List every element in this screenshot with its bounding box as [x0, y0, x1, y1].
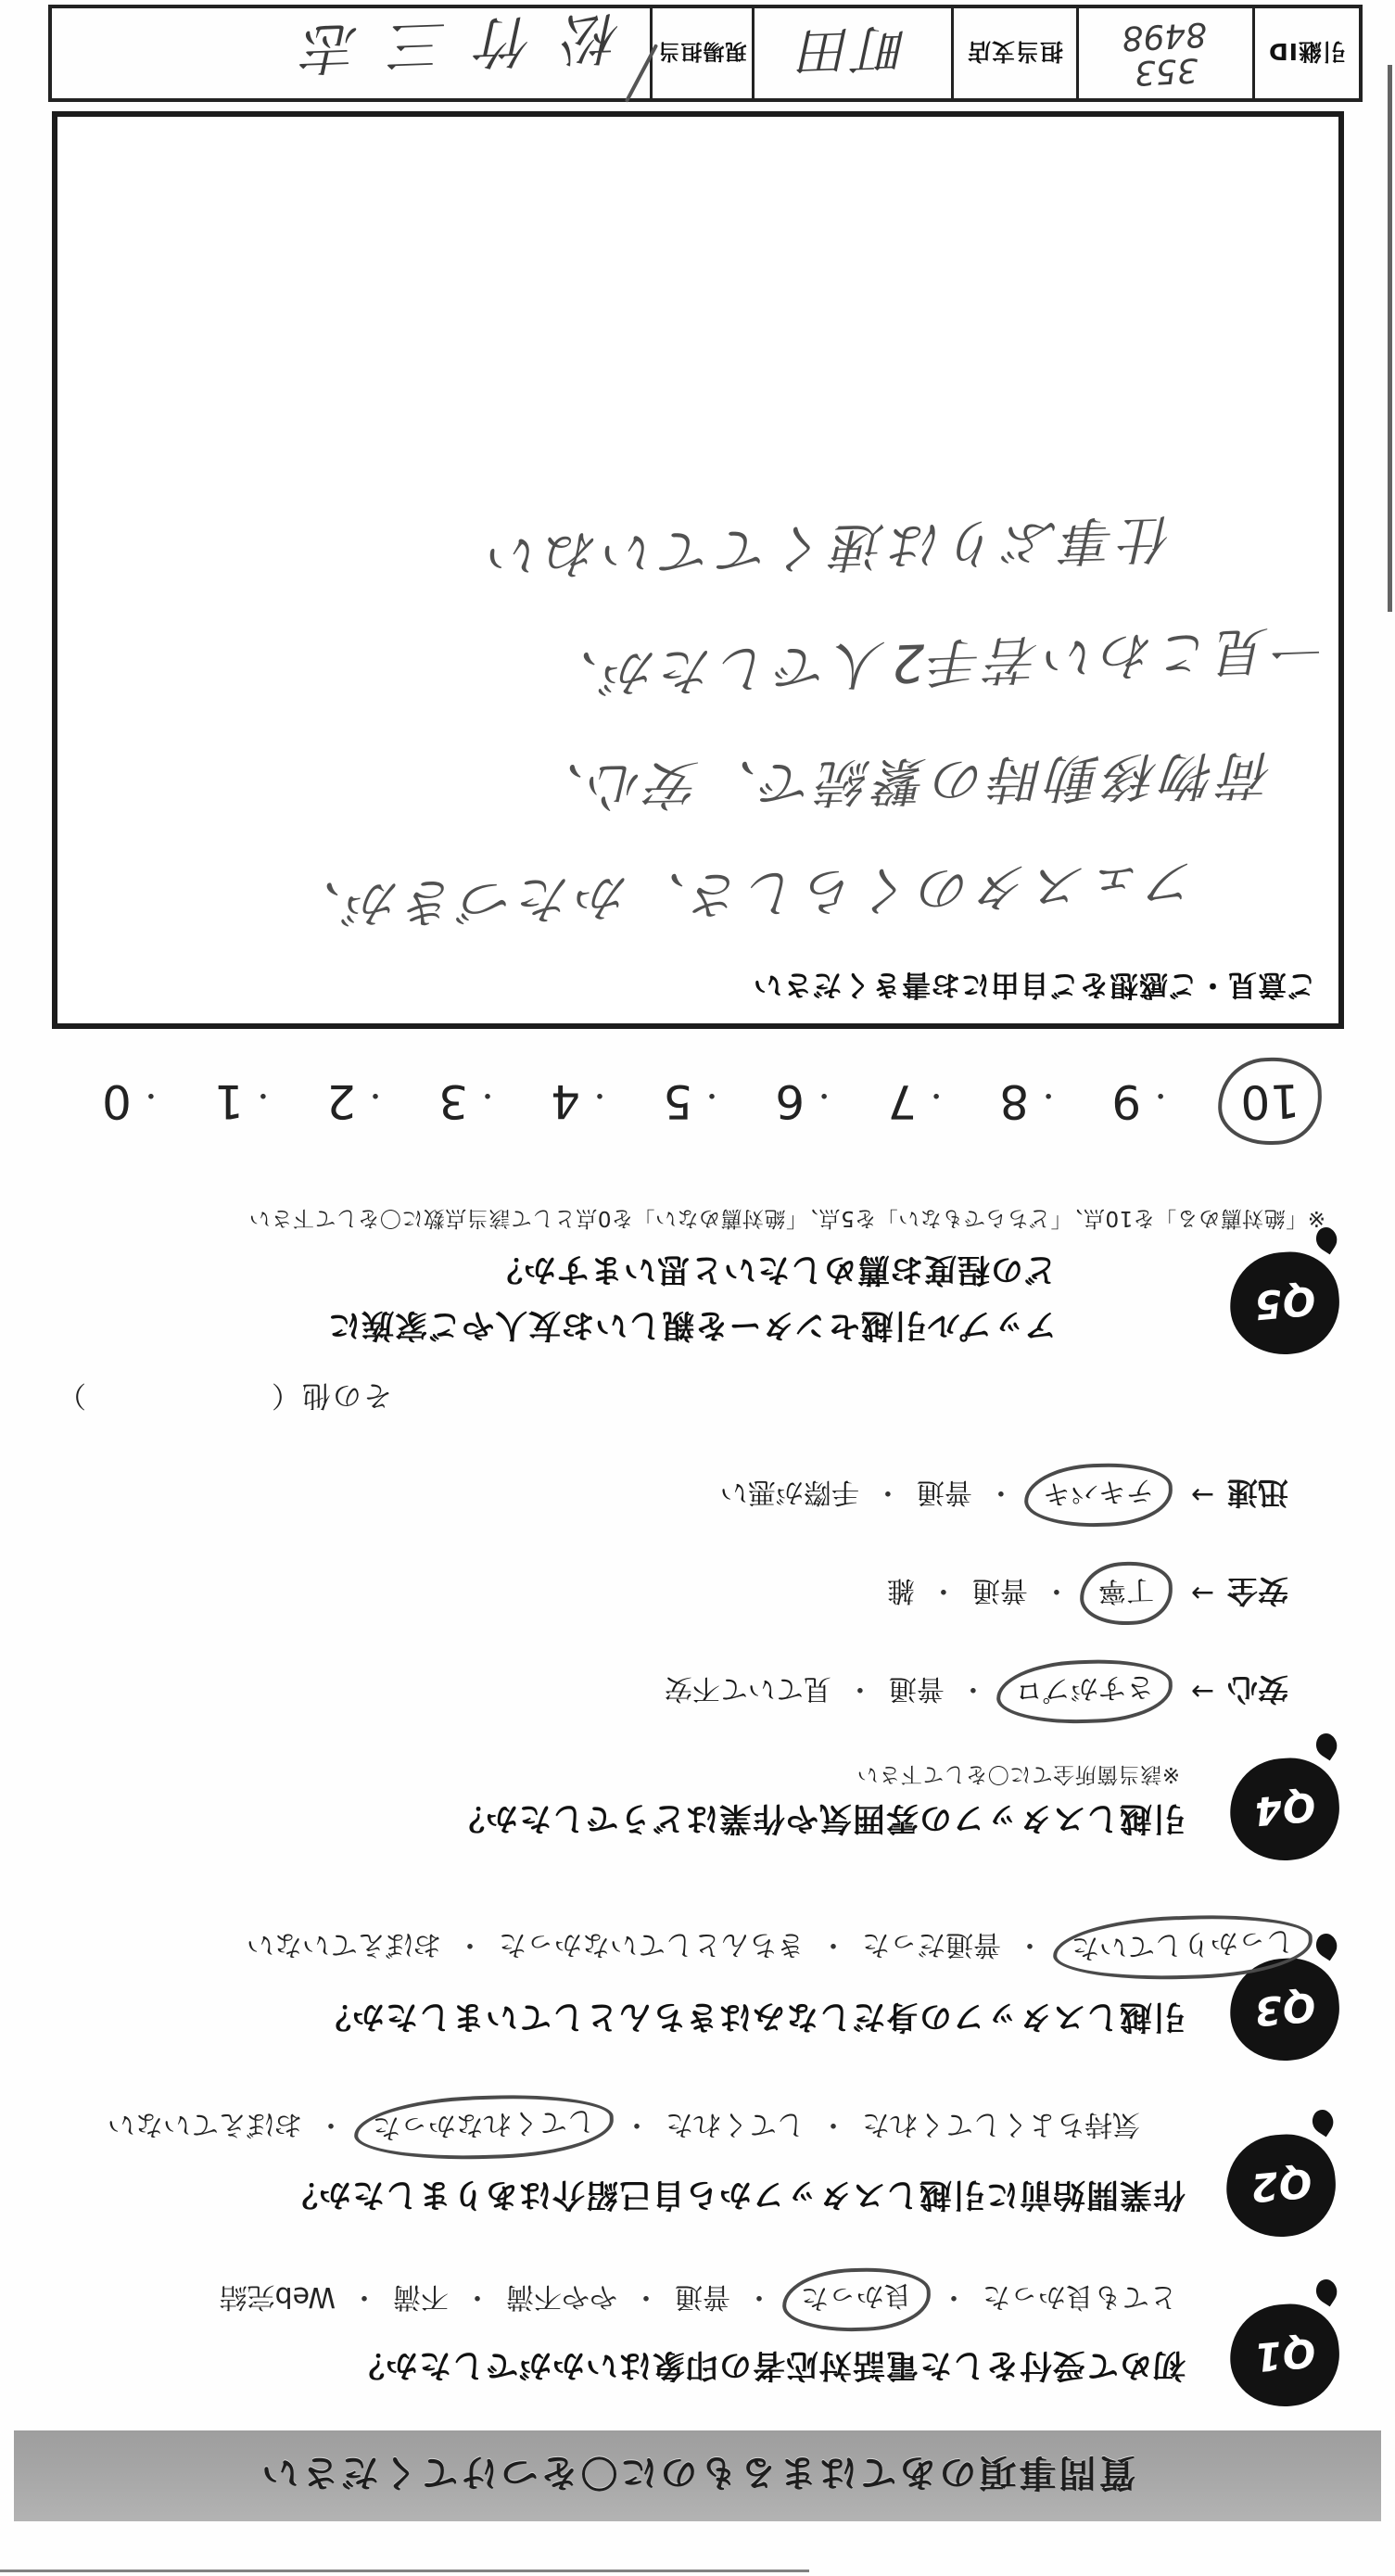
q4-bubble-icon: Q4 — [1225, 1754, 1343, 1865]
q4-other-field: その他（ ） — [56, 1377, 392, 1419]
handover-id-label: 引継ID — [1268, 37, 1346, 70]
handover-info-table: 引継ID 353 8498 担当支店 町田 現場担当 松竹三志 — [48, 5, 1363, 102]
arrow-right-icon: → — [1191, 1479, 1214, 1512]
q4-bubble-label: Q4 — [1252, 1784, 1318, 1835]
q3-title: 引越しスタッフの身だしなみはきちんとしていましたか？ — [318, 1996, 1186, 2042]
branch-label: 担当支店 — [967, 37, 1063, 70]
q4-row-label: 安心 — [1227, 1670, 1288, 1714]
q3-option: おぼえていない — [247, 1927, 499, 1968]
scale-number: 1 — [214, 1074, 283, 1128]
q3-bubble-label: Q3 — [1252, 1985, 1318, 2036]
q2-option: おぼえていない — [108, 2107, 360, 2148]
handover-id-top: 353 — [1134, 52, 1199, 90]
scan-edge-artifact — [0, 2570, 809, 2572]
comment-box-label: ご意見・ご感想をご自由にお書きください — [753, 967, 1316, 1009]
q2-title: 作業開始前に引越しスタッフから自己紹介はありましたか？ — [285, 2174, 1186, 2220]
q1-title: 初めて受付をした電話対応者の印象はいかがでしたか？ — [351, 2344, 1186, 2391]
q4-row2-option: 雑 — [887, 1573, 972, 1614]
q1-bubble-icon: Q1 — [1225, 2300, 1343, 2411]
q4-row3-selected-circle: テキパキ — [1023, 1461, 1173, 1529]
staff-value-cell: 松竹三志 — [52, 8, 650, 98]
scale-number: 8 — [999, 1074, 1068, 1128]
scale-number: 5 — [663, 1074, 731, 1128]
q5-bubble-icon: Q5 — [1225, 1248, 1343, 1359]
q4-title: 引越しスタッフの雰囲気や作業はどうでしたか？ — [451, 1797, 1186, 1844]
staff-label: 現場担当 — [658, 38, 747, 69]
q4-row1-option: 普通 — [889, 1671, 1002, 1712]
scale-number: 0 — [102, 1074, 171, 1128]
q4-row2-selected-circle: 丁寧 — [1079, 1560, 1173, 1626]
instruction-text: 質問事項のあてはまるものに〇をつけてください — [260, 2450, 1136, 2503]
q5-title-line2: どの程度お薦めしたいと思いますか？ — [489, 1249, 1057, 1295]
q1-option: とても良かった — [983, 2279, 1177, 2320]
q4-row-anshin: 安心 → さすがプロ 普通 見ていて不安 — [665, 1668, 1288, 1716]
q3-options: しっかりしていた 普通だった きちんとしていなかった おぼえていない — [247, 1923, 1307, 1972]
scale-number: 4 — [551, 1074, 619, 1128]
staff-name-handwriting: 松竹三志 — [272, 2, 623, 94]
q5-title-line1: アップル引越センターを親しいお友人やご家族に — [327, 1304, 1057, 1351]
q3-option: 普通だった — [862, 1927, 1059, 1968]
q1-bubble-label: Q1 — [1252, 2330, 1318, 2381]
comment-box: ご意見・ご感想をご自由にお書きください フェスタのくらしさ、かたづきが、 荷物移… — [52, 111, 1344, 1029]
branch-handwriting: 町田 — [796, 14, 910, 92]
instruction-banner: 質問事項のあてはまるものに〇をつけてください — [14, 2430, 1381, 2521]
q4-row-anzen: 安全 → 丁寧 普通 雑 — [887, 1569, 1288, 1618]
q4-row3-option: 手際が悪い — [720, 1475, 917, 1516]
q5-note: ※「絶対薦める」を10点、「どちらでもない」を5点、「絶対薦めない」を0点として… — [248, 1205, 1325, 1236]
scale-number: 9 — [1111, 1074, 1180, 1128]
handwritten-comment-line: フェスタのくらしさ、かたづきが、 — [284, 848, 1200, 946]
q1-option: 不満 — [393, 2279, 506, 2320]
arrow-right-icon: → — [1191, 1676, 1214, 1708]
q5-score-scale: 10 9 8 7 6 5 4 3 2 1 0 — [102, 1065, 1316, 1137]
q1-option: Web完結 — [220, 2279, 393, 2320]
q2-bubble-label: Q2 — [1249, 2161, 1314, 2212]
staff-label-cell: 現場担当 — [650, 8, 752, 98]
q2-options: 気持ちよくしてくれた してくれた してくれなかった おぼえていない — [108, 2103, 1140, 2151]
scan-edge-artifact — [1388, 65, 1392, 612]
branch-value-cell: 町田 — [752, 8, 951, 98]
q4-row-label: 迅速 — [1227, 1474, 1288, 1517]
scale-number: 6 — [775, 1074, 843, 1128]
q5-selected-circle: 10 — [1217, 1056, 1324, 1147]
branch-label-cell: 担当支店 — [951, 8, 1076, 98]
q2-option: してくれた — [666, 2107, 862, 2148]
handover-id-value-cell: 353 8498 — [1076, 8, 1252, 98]
handwritten-comment-line: 仕事ぶりは速くてていねい — [483, 504, 1174, 596]
q4-row-jinsoku: 迅速 → テキパキ 普通 手際が悪い — [720, 1471, 1288, 1519]
handwritten-comment-line: 一見こわい若手2人でしたが、 — [540, 615, 1328, 717]
q2-bubble-icon: Q2 — [1222, 2130, 1339, 2241]
q4-row2-option: 普通 — [972, 1573, 1085, 1614]
scale-number: 7 — [887, 1074, 956, 1128]
q4-row1-option: 見ていて不安 — [665, 1671, 889, 1712]
q1-selected-circle: 良かった — [781, 2265, 932, 2334]
q3-option: きちんとしていなかった — [499, 1927, 862, 1968]
handwritten-comment-line: 荷物移動時の繋続で、安心、 — [526, 741, 1274, 828]
q1-option: やや不満 — [506, 2279, 675, 2320]
handover-id-bottom: 8498 — [1122, 16, 1208, 56]
q1-option: 普通 — [675, 2279, 788, 2320]
q5-bubble-label: Q5 — [1252, 1278, 1318, 1329]
q4-row3-option: 普通 — [917, 1475, 1030, 1516]
handover-id-handwriting: 353 8498 — [1122, 16, 1210, 90]
scale-number: 3 — [438, 1074, 507, 1128]
scale-number: 2 — [326, 1074, 395, 1128]
handover-id-label-cell: 引継ID — [1252, 8, 1359, 98]
q2-option: 気持ちよくしてくれた — [862, 2107, 1140, 2148]
q4-note: ※該当箇所全てに〇をして下さい — [856, 1761, 1180, 1792]
arrow-right-icon: → — [1191, 1578, 1214, 1610]
q2-selected-circle: してくれなかった — [353, 2091, 615, 2164]
q4-row-label: 安全 — [1227, 1572, 1288, 1616]
q4-row1-selected-circle: さすがプロ — [996, 1657, 1173, 1727]
q1-options: とても良かった 良かった 普通 やや不満 不満 Web完結 — [220, 2276, 1177, 2324]
scanned-survey-page: 質問事項のあてはまるものに〇をつけてください Q1 初めて受付をした電話対応者の… — [0, 0, 1395, 2576]
upside-down-sheet: 質問事項のあてはまるものに〇をつけてください Q1 初めて受付をした電話対応者の… — [0, 0, 1395, 2576]
